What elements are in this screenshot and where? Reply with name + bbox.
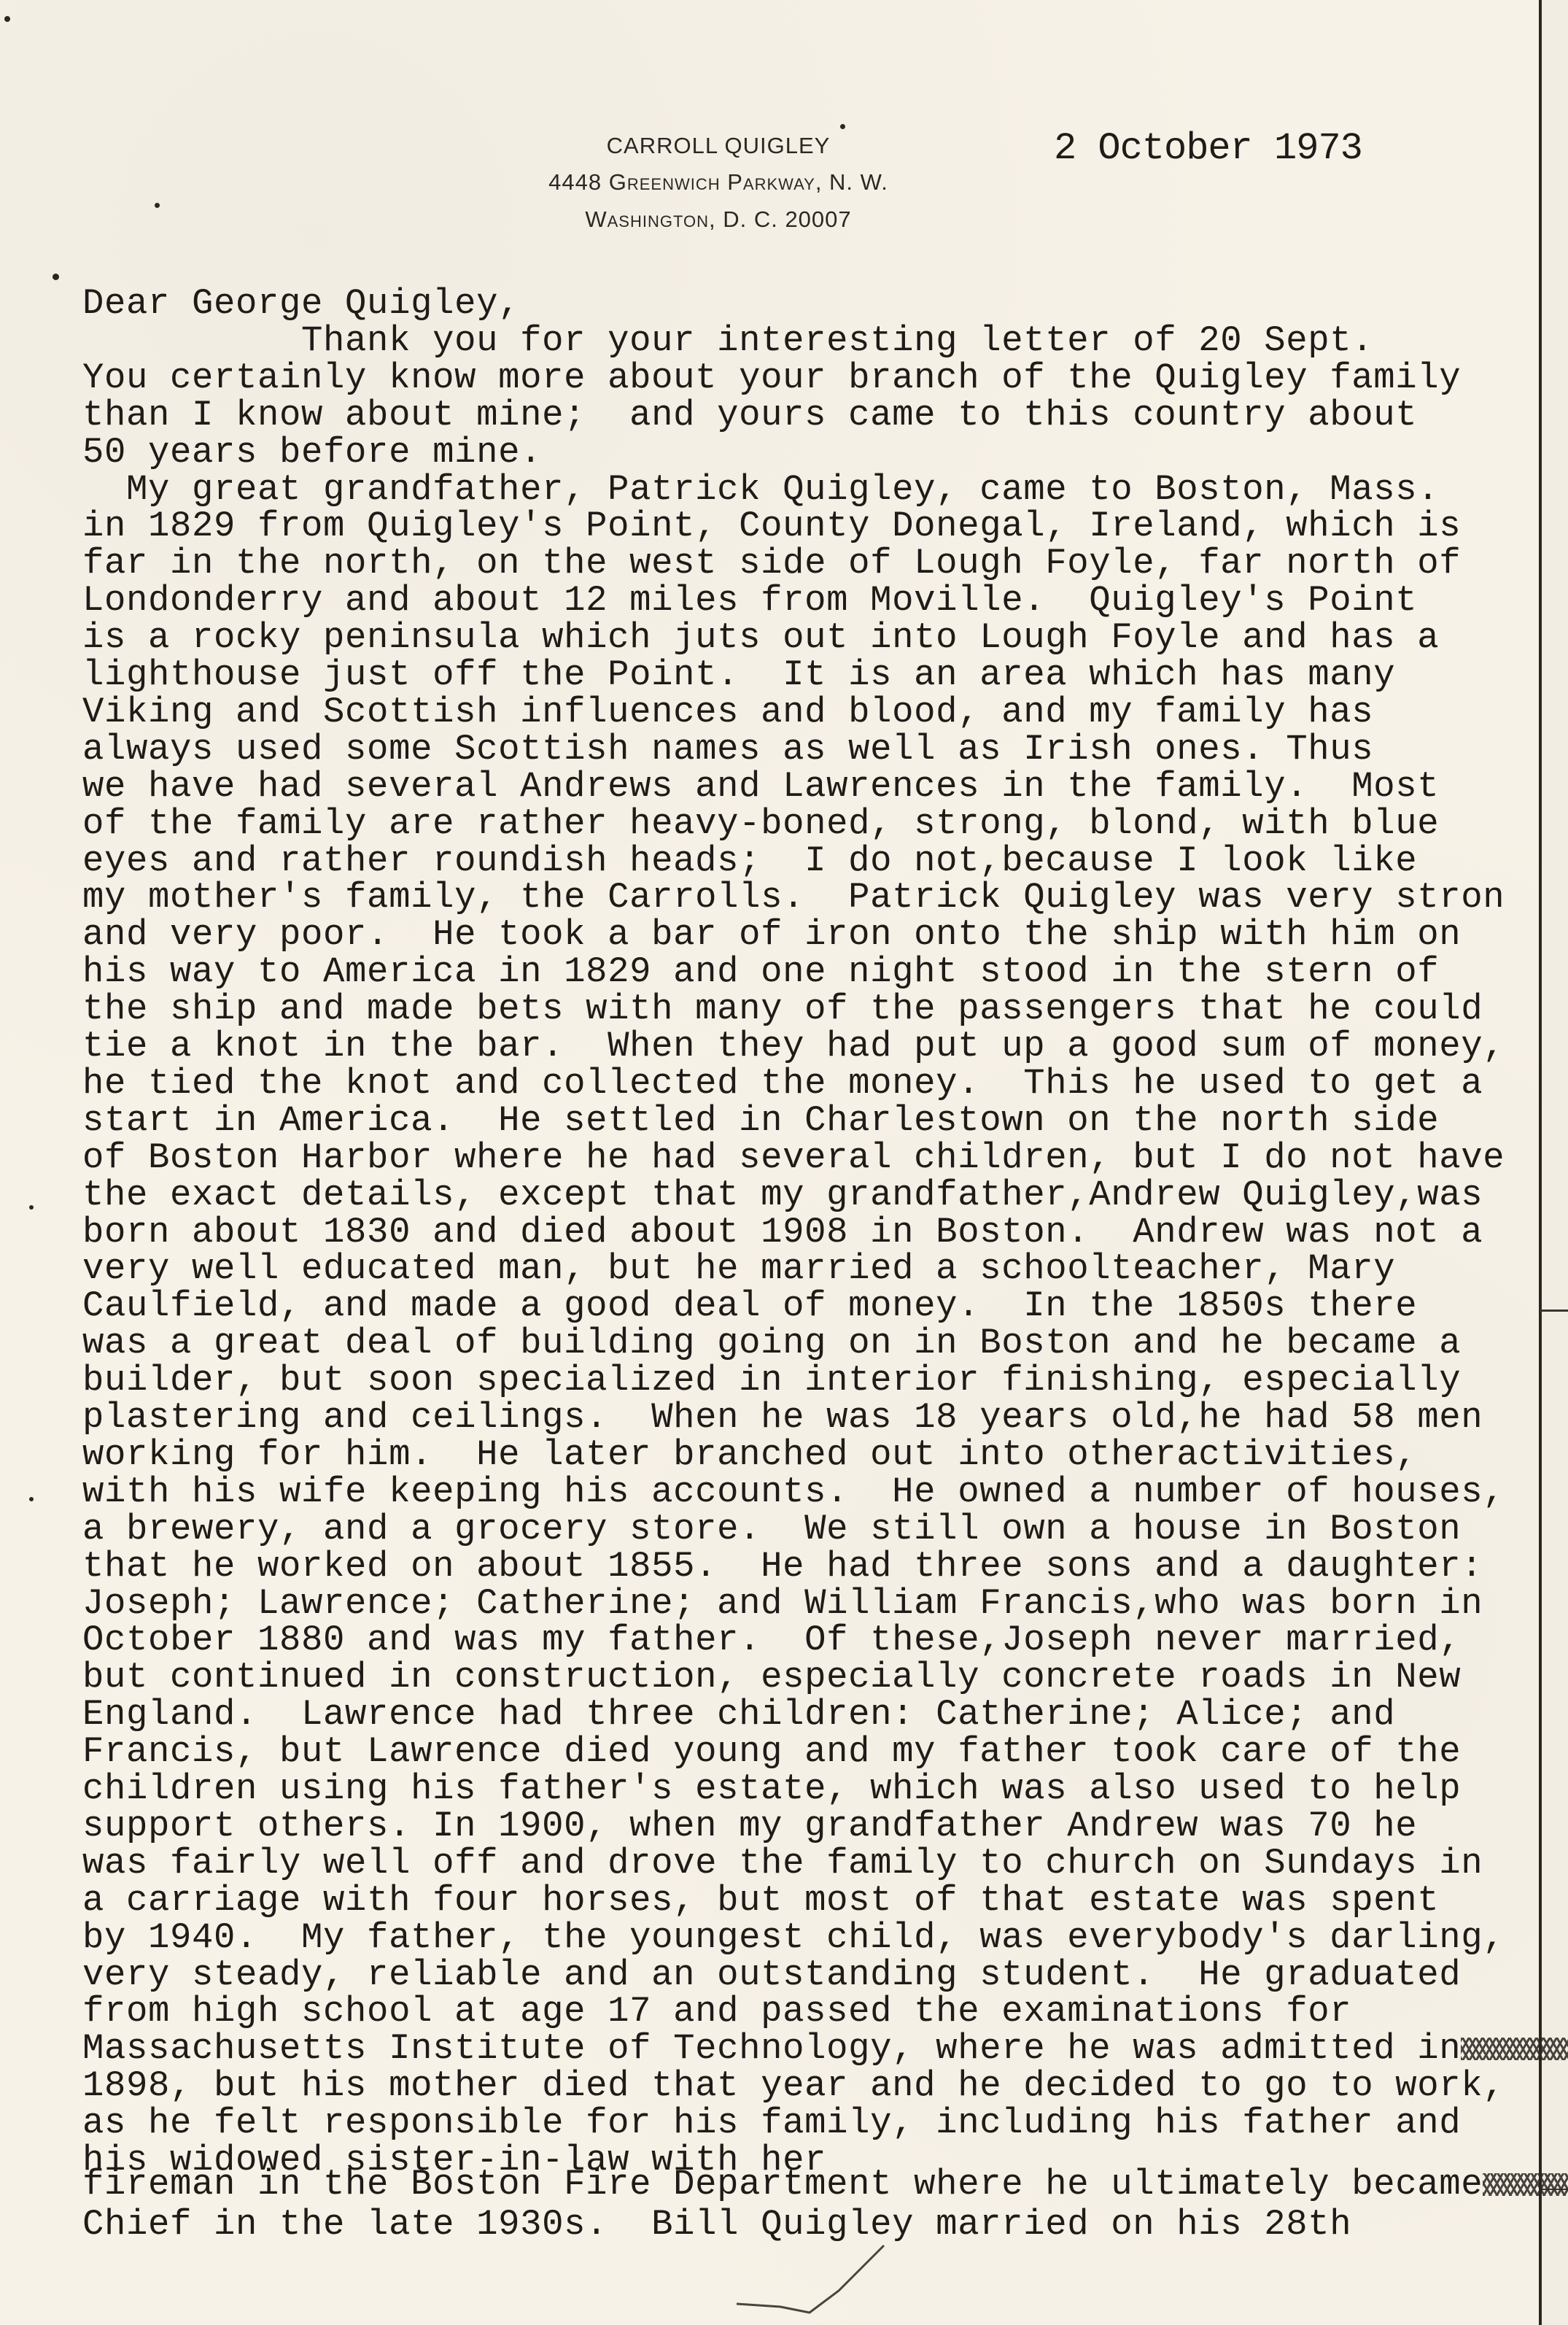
- struck-out-text: xxxxx: [1483, 2167, 1568, 2202]
- letter-line: Chief in the late 1930s. Bill Quigley ma…: [82, 2207, 1351, 2243]
- letter-line: my mother's family, the Carrolls. Patric…: [82, 880, 1505, 916]
- letter-line: You certainly know more about your branc…: [82, 360, 1461, 396]
- letter-line: lighthouse just off the Point. It is an …: [82, 657, 1395, 693]
- letter-line: his way to America in 1829 and one night…: [82, 954, 1439, 990]
- letter-line: tie a knot in the bar. When they had put…: [82, 1029, 1505, 1064]
- ink-speck: [53, 274, 59, 280]
- letter-line: very well educated man, but he married a…: [82, 1251, 1395, 1287]
- letter-line: My great grandfather, Patrick Quigley, c…: [82, 472, 1439, 508]
- ink-speck: [840, 124, 845, 129]
- letter-line: than I know about mine; and yours came t…: [82, 398, 1417, 433]
- letter-line: from high school at age 17 and passed th…: [82, 1994, 1373, 2030]
- letter-line: was a great deal of building going on in…: [82, 1326, 1461, 1361]
- letter-line: of the family are rather heavy-boned, st…: [82, 806, 1439, 842]
- letter-line: Thank you for your interesting letter of…: [82, 323, 1373, 359]
- letter-line: with his wife keeping his accounts. He o…: [82, 1474, 1505, 1510]
- letter-line: England. Lawrence had three children: Ca…: [82, 1697, 1395, 1733]
- letter-line: Massachusetts Institute of Technology, w…: [82, 2031, 1568, 2067]
- letter-line: fireman in the Boston Fire Department wh…: [82, 2167, 1568, 2202]
- letter-line: working for him. He later branched out i…: [82, 1437, 1417, 1473]
- letter-line: by 1940. My father, the youngest child, …: [82, 1920, 1505, 1956]
- letter-line: Francis, but Lawrence died young and my …: [82, 1734, 1461, 1770]
- letter-line: Joseph; Lawrence; Catherine; and William…: [82, 1586, 1483, 1622]
- letter-line: start in America. He settled in Charlest…: [82, 1103, 1439, 1139]
- ink-speck: [29, 1497, 34, 1501]
- letter-line: we have had several Andrews and Lawrence…: [82, 769, 1439, 805]
- letter-line: a carriage with four horses, but most of…: [82, 1883, 1439, 1919]
- letter-line: the ship and made bets with many of the …: [82, 991, 1483, 1027]
- struck-out-text: xxxxxx: [1461, 2031, 1568, 2067]
- page-edge-strip: [1542, 0, 1568, 2325]
- letter-body: Dear George Quigley, Thank you for your …: [82, 0, 1541, 82]
- letter-line: 1898, but his mother died that year and …: [82, 2068, 1505, 2104]
- letter-line: and very poor. He took a bar of iron ont…: [82, 917, 1461, 953]
- letter-line: support others. In 1900, when my grandfa…: [82, 1808, 1417, 1844]
- letter-line: but continued in construction, especiall…: [82, 1660, 1461, 1695]
- letter-line: is a rocky peninsula which juts out into…: [82, 620, 1439, 656]
- letterhead-name: CARROLL QUIGLEY: [511, 133, 926, 159]
- salutation: Dear George Quigley,: [82, 286, 520, 322]
- letter-line: was fairly well off and drove the family…: [82, 1846, 1483, 1881]
- letter-line: Londonderry and about 12 miles from Movi…: [82, 583, 1417, 619]
- letter-line: builder, but soon specialized in interio…: [82, 1363, 1461, 1399]
- letter-line: of Boston Harbor where he had several ch…: [82, 1140, 1505, 1176]
- letter-line: far in the north, on the west side of Lo…: [82, 546, 1461, 581]
- letter-line: eyes and rather roundish heads; I do not…: [82, 843, 1417, 879]
- pen-mark: [729, 2232, 919, 2320]
- letterhead-street: 4448 Greenwich Parkway, N. W.: [511, 169, 926, 196]
- ink-speck: [29, 1205, 34, 1210]
- letter-line: Viking and Scottish influences and blood…: [82, 695, 1373, 730]
- letter-line: children using his father's estate, whic…: [82, 1771, 1461, 1807]
- letter-line: plastering and ceilings. When he was 18 …: [82, 1400, 1483, 1436]
- letter-line: he tied the knot and collected the money…: [82, 1066, 1483, 1102]
- ink-speck: [4, 16, 10, 22]
- letter-line: October 1880 and was my father. Of these…: [82, 1622, 1461, 1658]
- letter-line: in 1829 from Quigley's Point, County Don…: [82, 508, 1461, 544]
- margin-mark: [1540, 1309, 1568, 1312]
- letter-line: 50 years before mine.: [82, 435, 542, 471]
- letter-line: that he worked on about 1855. He had thr…: [82, 1549, 1483, 1585]
- ink-speck: [155, 203, 160, 208]
- letter-line: a brewery, and a grocery store. We still…: [82, 1512, 1461, 1547]
- page-edge-line: [1539, 0, 1542, 2325]
- letter-line: as he felt responsible for his family, i…: [82, 2105, 1461, 2141]
- letterhead-city: Washington, D. C. 20007: [511, 206, 926, 233]
- letter-line: Caulfield, and made a good deal of money…: [82, 1288, 1417, 1324]
- letter-line: always used some Scottish names as well …: [82, 732, 1373, 767]
- letter-line: born about 1830 and died about 1908 in B…: [82, 1215, 1483, 1250]
- letter-line: the exact details, except that my grandf…: [82, 1177, 1483, 1213]
- letter-date: 2 October 1973: [1054, 127, 1362, 170]
- letter-line: very steady, reliable and an outstanding…: [82, 1957, 1461, 1993]
